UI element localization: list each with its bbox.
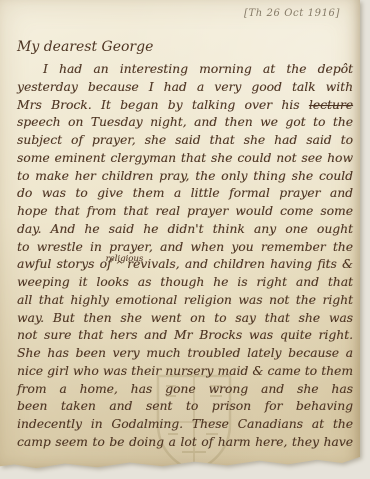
letter-body: I had an interesting morning at the depô… <box>17 62 353 453</box>
letter-line: Mrs Brock. It began by talking over his … <box>17 98 353 116</box>
letter-line: to make her children pray, the only thin… <box>17 169 353 187</box>
letter-line: not sure that hers and Mr Brocks was qui… <box>17 328 353 346</box>
letter-line-text: Mrs Brock. It began by talking over his <box>17 98 309 112</box>
letter-line: day. And he said he didn't think any one… <box>17 222 353 240</box>
salutation: My dearest George <box>17 39 153 55</box>
archival-date-annotation: [Th 26 Oct 1916] <box>244 8 340 19</box>
paper-wrapper: [Th 26 Oct 1916] My dearest George I had… <box>0 0 360 471</box>
insertion-caret-icon: religious <box>116 257 124 271</box>
letter-line: been taken and sent to prison for behavi… <box>17 399 353 417</box>
letter-line: subject of prayer, she said that she had… <box>17 133 353 151</box>
inserted-word: religious <box>106 254 144 264</box>
letter-line: hope that from that real prayer would co… <box>17 204 353 222</box>
letter-line: do was to give them a little formal pray… <box>17 186 353 204</box>
letter-line: speech on Tuesday night, and then we got… <box>17 115 353 133</box>
letter-paper: [Th 26 Oct 1916] My dearest George I had… <box>0 0 360 471</box>
struck-word: lecture <box>309 98 353 112</box>
letter-line: nice girl who was their nursery maid & c… <box>17 364 353 382</box>
letter-line: indecently in Godalming. These Canadians… <box>17 417 353 435</box>
letter-line: yesterday because I had a very good talk… <box>17 80 353 98</box>
letter-line: to wrestle in prayer, and when you remem… <box>17 240 353 258</box>
letter-line-text: awful storys of <box>17 257 112 271</box>
letter-line: all that highly emotional religion was n… <box>17 293 353 311</box>
letter-line: from a home, has gone wrong and she has <box>17 382 353 400</box>
letter-line: weeping it looks as though he is right a… <box>17 275 353 293</box>
letter-line: camp seem to be doing a lot of harm here… <box>17 435 353 453</box>
letter-line: I had an interesting morning at the depô… <box>17 62 353 80</box>
letter-line: way. But then she went on to say that sh… <box>17 311 353 329</box>
scanned-letter-page: [Th 26 Oct 1916] My dearest George I had… <box>0 0 370 479</box>
letter-line: She has been very much troubled lately b… <box>17 346 353 364</box>
letter-line-text: revivals, and children having fits & <box>127 257 353 271</box>
letter-line: some eminent clergyman that she could no… <box>17 151 353 169</box>
letter-line: awful storys ofreligiousrevivals, and ch… <box>17 257 353 275</box>
